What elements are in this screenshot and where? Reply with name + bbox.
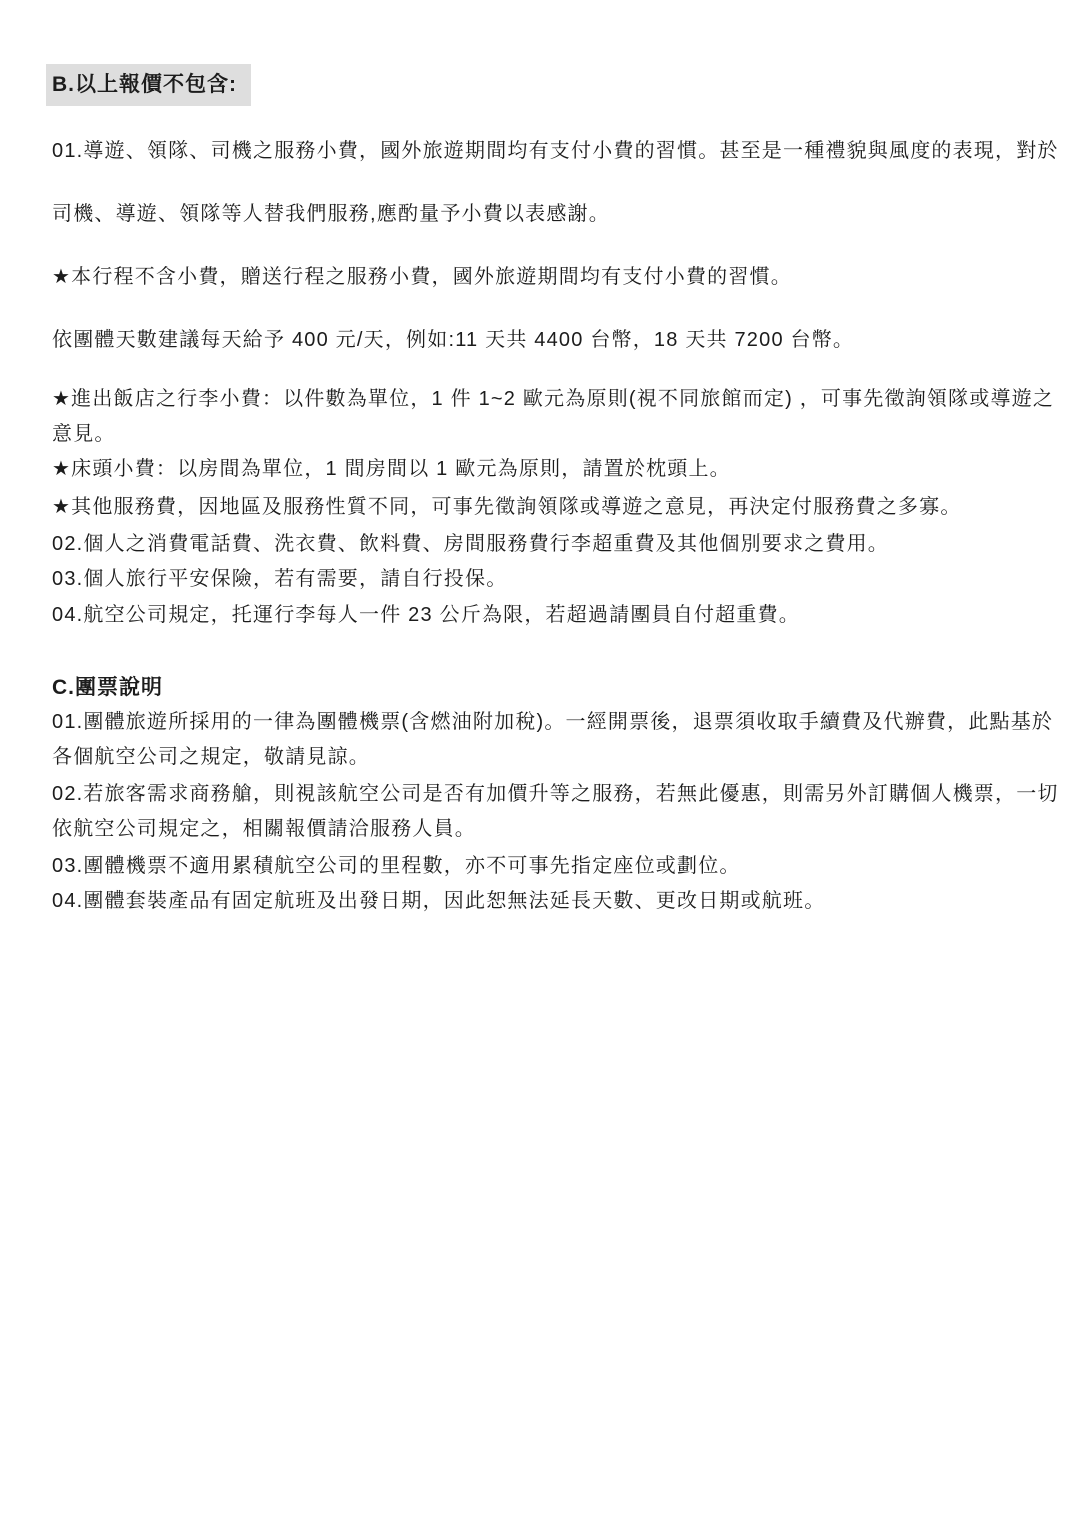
- paragraph-b-other-fees: ★其他服務費，因地區及服務性質不同，可事先徵詢領隊或導遊之意見，再決定付服務費之…: [52, 490, 1030, 525]
- text-line: ★其他服務費，因地區及服務性質不同，可事先徵詢領隊或導遊之意見，再決定付服務費之…: [52, 490, 1030, 525]
- text-line: 04.團體套裝產品有固定航班及出發日期，因此恕無法延長天數、更改日期或航班。: [52, 884, 1030, 919]
- document-content: B.以上報價不包含: 01.導遊、領隊、司機之服務小費，國外旅遊期間均有支付小費…: [52, 0, 1030, 919]
- text-line: ★床頭小費：以房間為單位，1 間房間以 1 歐元為原則，請置於枕頭上。: [52, 452, 1030, 487]
- text-line: ★本行程不含小費，贈送行程之服務小費，國外旅遊期間均有支付小費的習慣。: [52, 246, 1030, 309]
- paragraph-b-luggage-tip: ★進出飯店之行李小費：以件數為單位，1 件 1~2 歐元為原則(視不同旅館而定)…: [52, 382, 1030, 452]
- text-line: 依航空公司規定之，相關報價請洽服務人員。: [52, 812, 1030, 847]
- text-line: 04.航空公司規定，托運行李每人一件 23 公斤為限，若超過請團員自付超重費。: [52, 598, 1030, 633]
- text-line: 03.團體機票不適用累積航空公司的里程數，亦不可事先指定座位或劃位。: [52, 849, 1030, 884]
- document-page: B.以上報價不包含: 01.導遊、領隊、司機之服務小費，國外旅遊期間均有支付小費…: [0, 0, 1076, 1521]
- text-line: 依團體天數建議每天給予 400 元/天，例如:11 天共 4400 台幣，18 …: [52, 309, 1030, 372]
- text-line: 02.若旅客需求商務艙，則視該航空公司是否有加價升等之服務，若無此優惠，則需另外…: [52, 777, 1030, 812]
- text-line: 司機、導遊、領隊等人替我們服務,應酌量予小費以表感謝。: [52, 183, 1030, 246]
- text-line: 01.導遊、領隊、司機之服務小費，國外旅遊期間均有支付小費的習慣。甚至是一種禮貌…: [52, 120, 1030, 183]
- paragraph-c-02: 02.若旅客需求商務艙，則視該航空公司是否有加價升等之服務，若無此優惠，則需另外…: [52, 777, 1030, 847]
- text-line: 意見。: [52, 417, 1030, 452]
- text-line: ★進出飯店之行李小費：以件數為單位，1 件 1~2 歐元為原則(視不同旅館而定)…: [52, 382, 1030, 417]
- paragraph-b-03: 03.個人旅行平安保險，若有需要，請自行投保。: [52, 562, 1030, 597]
- paragraph-b-02: 02.個人之消費電話費、洗衣費、飲料費、房間服務費行李超重費及其他個別要求之費用…: [52, 527, 1030, 562]
- paragraph-b-tip-note: ★本行程不含小費，贈送行程之服務小費，國外旅遊期間均有支付小費的習慣。: [52, 246, 1030, 309]
- section-c-heading: C.團票說明: [52, 671, 1030, 705]
- paragraph-c-04: 04.團體套裝產品有固定航班及出發日期，因此恕無法延長天數、更改日期或航班。: [52, 884, 1030, 919]
- text-line: 各個航空公司之規定，敬請見諒。: [52, 740, 1030, 775]
- text-line: 01.團體旅遊所採用的一律為團體機票(含燃油附加稅)。一經開票後，退票須收取手續…: [52, 705, 1030, 740]
- text-line: 03.個人旅行平安保險，若有需要，請自行投保。: [52, 562, 1030, 597]
- paragraph-c-01: 01.團體旅遊所採用的一律為團體機票(含燃油附加稅)。一經開票後，退票須收取手續…: [52, 705, 1030, 775]
- paragraph-b-04: 04.航空公司規定，托運行李每人一件 23 公斤為限，若超過請團員自付超重費。: [52, 598, 1030, 633]
- paragraph-b-bed-tip: ★床頭小費：以房間為單位，1 間房間以 1 歐元為原則，請置於枕頭上。: [52, 452, 1030, 487]
- section-b-heading: B.以上報價不包含:: [46, 64, 251, 106]
- text-line: 02.個人之消費電話費、洗衣費、飲料費、房間服務費行李超重費及其他個別要求之費用…: [52, 527, 1030, 562]
- paragraph-b-tip-amount: 依團體天數建議每天給予 400 元/天，例如:11 天共 4400 台幣，18 …: [52, 309, 1030, 372]
- paragraph-c-03: 03.團體機票不適用累積航空公司的里程數，亦不可事先指定座位或劃位。: [52, 849, 1030, 884]
- paragraph-b-01: 01.導遊、領隊、司機之服務小費，國外旅遊期間均有支付小費的習慣。甚至是一種禮貌…: [52, 120, 1030, 246]
